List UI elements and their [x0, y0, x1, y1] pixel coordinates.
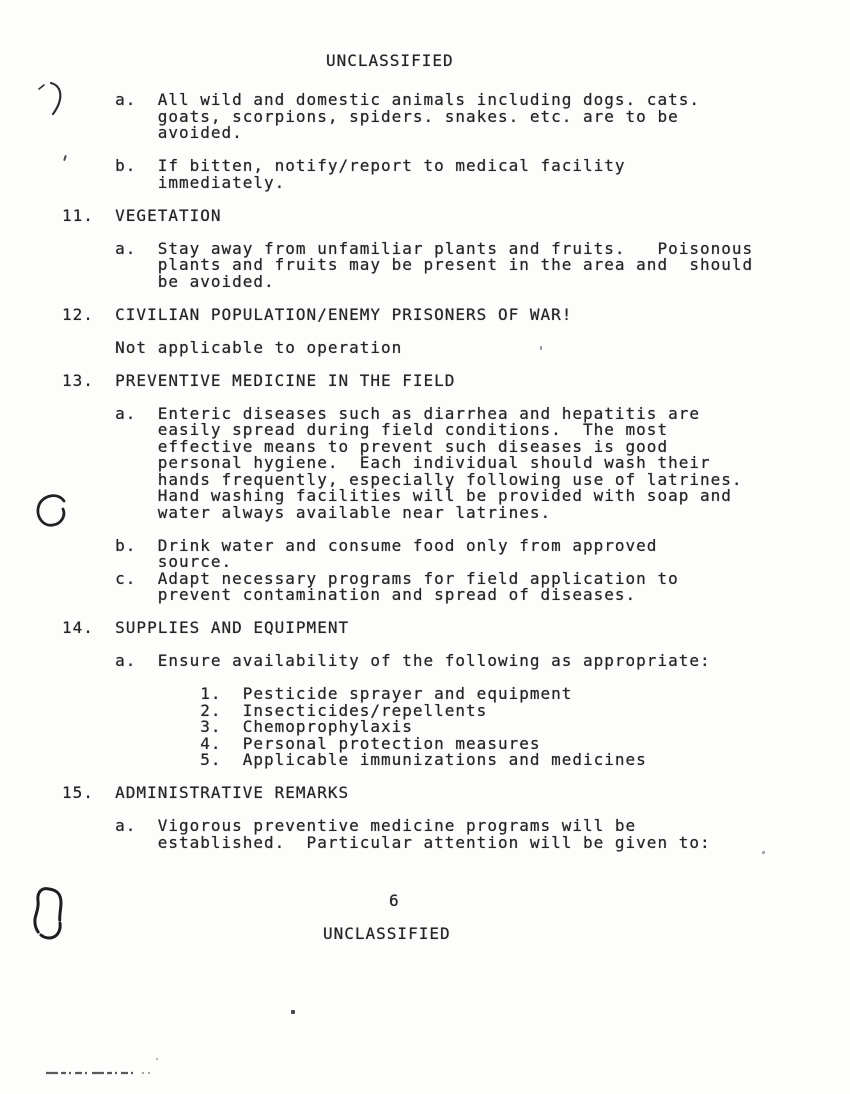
classification-footer: UNCLASSIFIED	[323, 926, 451, 943]
handwritten-circle-mark	[32, 490, 74, 534]
scan-speck	[291, 1010, 295, 1014]
scan-speck	[156, 1058, 158, 1060]
handwritten-paren-mark	[36, 76, 78, 120]
scanned-document-page: UNCLASSIFIED a. All wild and domestic an…	[0, 0, 850, 1094]
scanner-dash-smudge	[40, 1068, 160, 1078]
scan-speck	[762, 851, 765, 854]
document-body-text: a. All wild and domestic animals includi…	[62, 92, 753, 851]
scan-speck	[540, 346, 542, 350]
handwritten-oval-mark	[26, 882, 72, 944]
classification-header: UNCLASSIFIED	[326, 53, 454, 70]
page-number: 6	[389, 893, 400, 910]
